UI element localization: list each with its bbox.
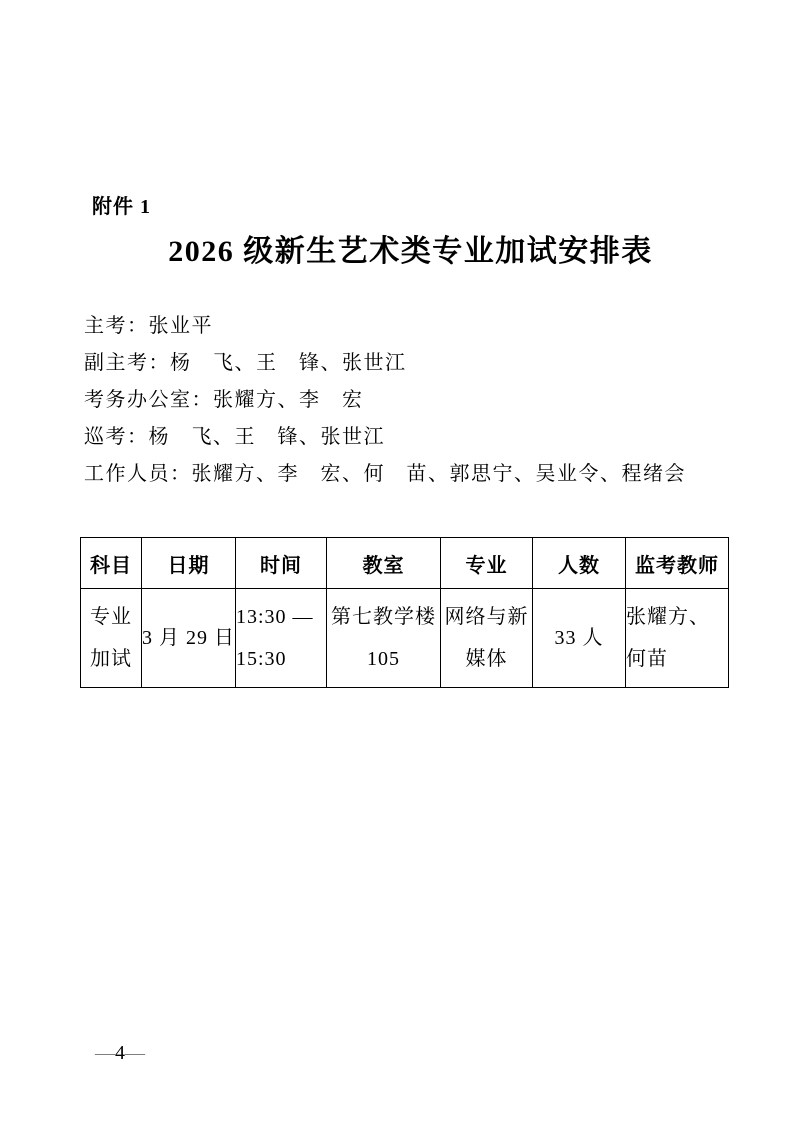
cell-room: 第七教学楼 105 (327, 589, 441, 688)
roster-line-exam-office: 考务办公室：张耀方、李 宏 (84, 382, 686, 419)
header-room: 教室 (327, 538, 441, 589)
cell-major: 网络与新 媒体 (441, 589, 533, 688)
document-page: 附件 1 2026 级新生艺术类专业加试安排表 主考：张业平 副主考：杨 飞、王… (0, 0, 793, 1122)
header-count: 人数 (533, 538, 626, 589)
page-number-value: 4 (115, 1042, 125, 1064)
page-number-left-dash: — (95, 1042, 115, 1064)
header-major: 专业 (441, 538, 533, 589)
roster-block: 主考：张业平 副主考：杨 飞、王 锋、张世江 考务办公室：张耀方、李 宏 巡考：… (84, 308, 686, 493)
table-row: 专业 加试 3 月 29 日 13:30 — 15:30 第七教学楼 105 网… (81, 589, 729, 688)
cell-invigilators: 张耀方、 何苗 (626, 589, 729, 688)
header-subject: 科目 (81, 538, 142, 589)
exam-schedule-table: 科目 日期 时间 教室 专业 人数 监考教师 专业 加试 3 月 29 日 13… (80, 537, 729, 688)
header-time: 时间 (236, 538, 327, 589)
page-number-right-dash: — (125, 1042, 145, 1064)
cell-date: 3 月 29 日 (142, 589, 236, 688)
document-title: 2026 级新生艺术类专业加试安排表 (0, 226, 793, 270)
roster-line-chief-examiner: 主考：张业平 (84, 308, 686, 345)
attachment-label: 附件 1 (92, 190, 151, 219)
cell-time: 13:30 — 15:30 (236, 589, 327, 688)
roster-line-inspectors: 巡考：杨 飞、王 锋、张世江 (84, 419, 686, 456)
header-invigilators: 监考教师 (626, 538, 729, 589)
roster-line-deputy-examiners: 副主考：杨 飞、王 锋、张世江 (84, 345, 686, 382)
cell-subject: 专业 加试 (81, 589, 142, 688)
table-header-row: 科目 日期 时间 教室 专业 人数 监考教师 (81, 538, 729, 589)
cell-count: 33 人 (533, 589, 626, 688)
header-date: 日期 (142, 538, 236, 589)
page-number: —4— (95, 1042, 145, 1065)
roster-line-staff: 工作人员：张耀方、李 宏、何 苗、郭思宁、吴业令、程绪会 (84, 456, 686, 493)
